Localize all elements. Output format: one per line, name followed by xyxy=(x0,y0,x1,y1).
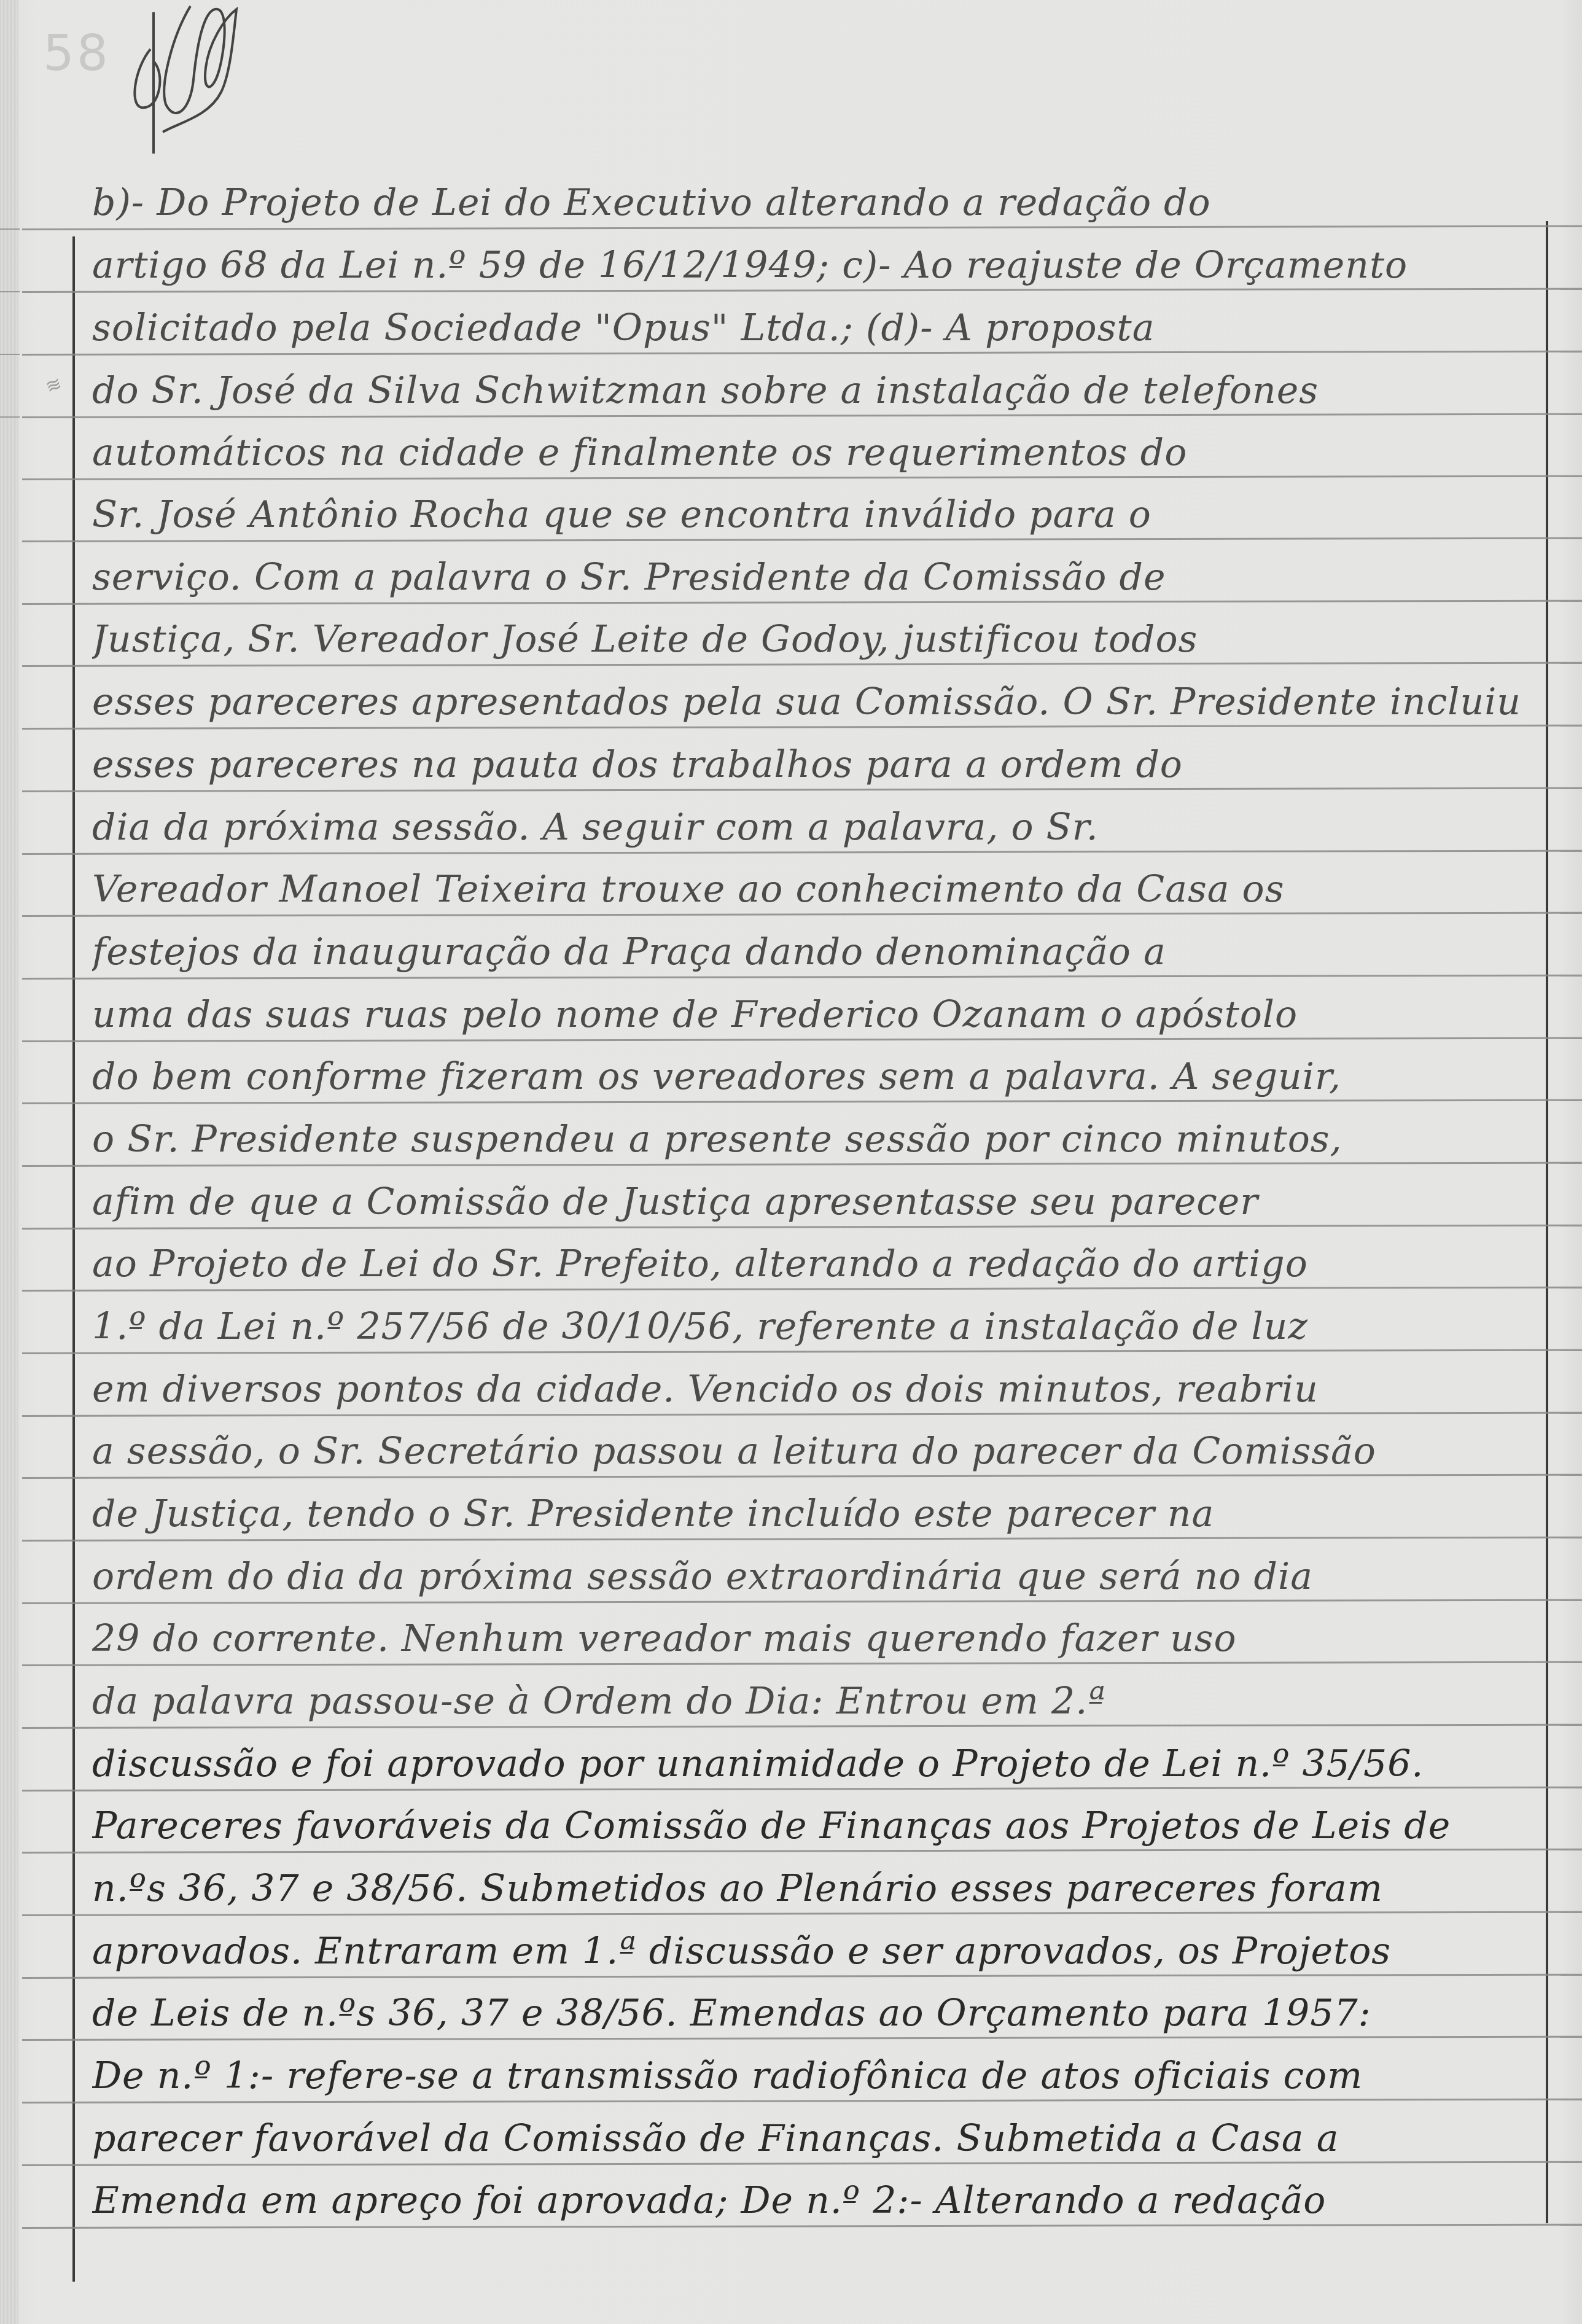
text-line-12: Vereador Manoel Teixeira trouxe ao conhe… xyxy=(92,862,1529,917)
text-line-30: de Leis de n.ºs 36, 37 e 38/56. Emendas … xyxy=(92,1986,1529,2041)
text-line-18: ao Projeto de Lei do Sr. Prefeito, alter… xyxy=(92,1236,1529,1292)
text-line-24: 29 do corrente. Nenhum vereador mais que… xyxy=(92,1611,1529,1666)
text-line-2: artigo 68 da Lei n.º 59 de 16/12/1949; c… xyxy=(92,238,1529,293)
margin-tick xyxy=(0,354,20,355)
text-line-26: discussão e foi aprovado por unanimidade… xyxy=(92,1736,1529,1792)
ledger-page: 58 ≋ b)- Do Projeto de Lei do Executivo … xyxy=(0,0,1582,2324)
text-line-31: De n.º 1:- refere-se a transmissão radio… xyxy=(92,2048,1529,2104)
text-line-22: de Justiça, tendo o Sr. Presidente inclu… xyxy=(92,1486,1529,1542)
left-margin-line xyxy=(72,236,75,2282)
text-line-20: em diversos pontos da cidade. Vencido os… xyxy=(92,1362,1529,1417)
text-line-23: ordem do dia da próxima sessão extraordi… xyxy=(92,1549,1529,1604)
text-line-10: esses pareceres na pauta dos trabalhos p… xyxy=(92,737,1529,792)
margin-tick xyxy=(0,291,20,292)
text-line-13: festejos da inauguração da Praça dando d… xyxy=(92,924,1529,980)
text-line-21: a sessão, o Sr. Secretário passou a leit… xyxy=(92,1424,1529,1479)
text-line-4: do Sr. José da Silva Schwitzman sobre a … xyxy=(92,363,1529,418)
text-line-11: dia da próxima sessão. A seguir com a pa… xyxy=(92,800,1529,855)
right-margin-line xyxy=(1546,221,1548,2223)
text-line-19: 1.º da Lei n.º 257/56 de 30/10/56, refer… xyxy=(92,1299,1529,1354)
text-line-29: aprovados. Entraram em 1.ª discussão e s… xyxy=(92,1924,1529,1979)
text-line-1: b)- Do Projeto de Lei do Executivo alter… xyxy=(92,175,1529,230)
text-line-25: da palavra passou-se à Ordem do Dia: Ent… xyxy=(92,1674,1529,1729)
text-line-32: parecer favorável da Comissão de Finança… xyxy=(92,2111,1529,2166)
text-line-16: o Sr. Presidente suspendeu a presente se… xyxy=(92,1112,1529,1167)
margin-tick xyxy=(0,228,20,230)
text-line-17: afim de que a Comissão de Justiça aprese… xyxy=(92,1174,1529,1230)
margin-tick xyxy=(0,416,20,418)
text-line-6: Sr. José Antônio Rocha que se encontra i… xyxy=(92,487,1529,542)
page-binding-edge xyxy=(0,0,18,2324)
text-line-27: Pareceres favoráveis da Comissão de Fina… xyxy=(92,1798,1529,1854)
text-line-7: serviço. Com a palavra o Sr. Presidente … xyxy=(92,550,1529,605)
text-line-8: Justiça, Sr. Vereador José Leite de Godo… xyxy=(92,612,1529,667)
margin-scribble: ≋ xyxy=(43,373,65,398)
signature-initials xyxy=(117,0,264,160)
text-line-28: n.ºs 36, 37 e 38/56. Submetidos ao Plená… xyxy=(92,1861,1529,1916)
text-line-9: esses pareceres apresentados pela sua Co… xyxy=(92,674,1529,730)
text-line-15: do bem conforme fizeram os vereadores se… xyxy=(92,1049,1529,1104)
text-line-33: Emenda em apreço foi aprovada; De n.º 2:… xyxy=(92,2173,1529,2228)
text-line-5: automáticos na cidade e finalmente os re… xyxy=(92,425,1529,480)
text-line-3: solicitado pela Sociedade "Opus" Ltda.; … xyxy=(92,300,1529,356)
text-line-14: uma das suas ruas pelo nome de Frederico… xyxy=(92,987,1529,1042)
